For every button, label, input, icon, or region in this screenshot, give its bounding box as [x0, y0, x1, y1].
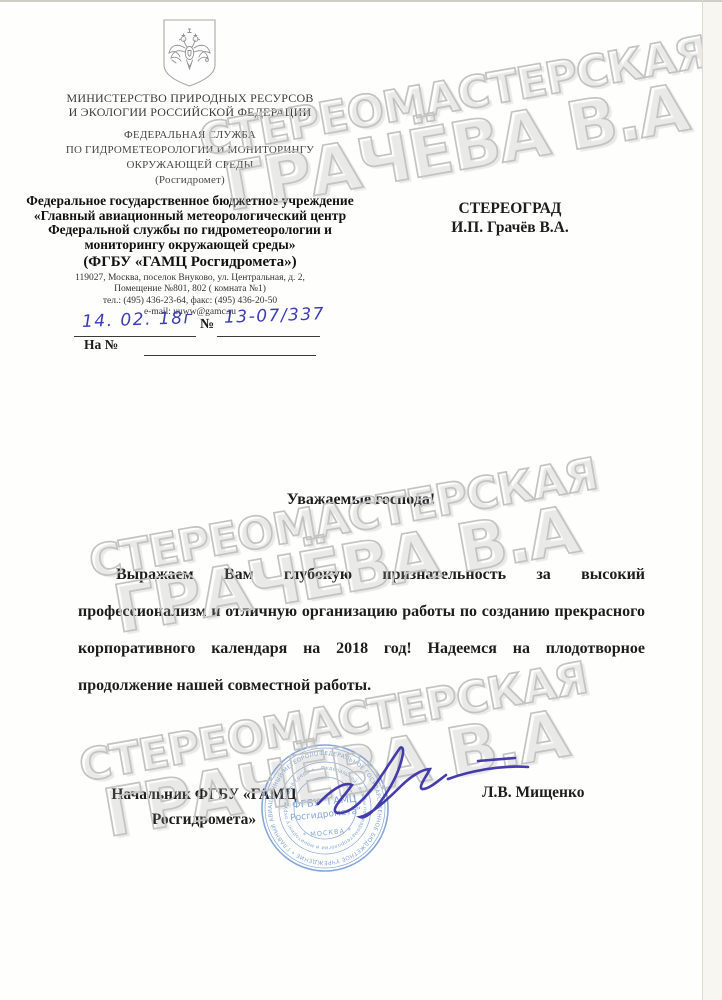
ministry-name: МИНИСТЕРСТВО ПРИРОДНЫХ РЕСУРСОВ И ЭКОЛОГ… [20, 91, 360, 119]
org-line3: Федеральной службы по гидрометеорологии … [20, 223, 360, 238]
org-line1: Федеральное государственное бюджетное уч… [20, 194, 360, 209]
service-line1: ФЕДЕРАЛЬНАЯ СЛУЖБА [20, 128, 360, 143]
letter-body-paragraph: Выражаем Вам глубокую признательность за… [78, 556, 645, 704]
coat-of-arms-icon [161, 19, 218, 92]
address-line1: 119027, Москва, поселок Внуково, ул. Цен… [20, 273, 360, 285]
number-sign: № [200, 317, 214, 333]
handwritten-outgoing-number: 13-07/337 [224, 304, 326, 328]
scan-edge-top [0, 0, 722, 2]
org-line4: мониторингу окружающей среды» [20, 238, 360, 253]
recipient-person: И.П. Грачёв В.А. [400, 218, 620, 237]
organization-name: Федеральное государственное бюджетное уч… [20, 194, 360, 270]
org-line2: «Главный авиационный метеорологический ц… [20, 209, 360, 224]
service-line4: (Росгидромет) [20, 173, 360, 188]
scan-edge-right-line [702, 0, 703, 1000]
signature-ink [300, 738, 560, 833]
handwritten-date: 14. 02. 18г [82, 308, 195, 332]
org-short-name: (ФГБУ «ГАМЦ Росгидромета») [20, 255, 360, 270]
service-line3: ОКРУЖАЮЩЕЙ СРЕДЫ [20, 158, 360, 173]
ministry-line1: МИНИСТЕРСТВО ПРИРОДНЫХ РЕСУРСОВ [20, 91, 360, 105]
federal-service-name: ФЕДЕРАЛЬНАЯ СЛУЖБА ПО ГИДРОМЕТЕОРОЛОГИИ … [20, 128, 360, 188]
scanned-letter-page: СТЕРЕОМАСТЕРСКАЯ ГРАЧЁВА В.А СТЕРЕОМАСТЕ… [0, 0, 722, 1000]
address-line2: Помещение №801, 802 ( комната №1) [20, 284, 360, 296]
service-line2: ПО ГИДРОМЕТЕОРОЛОГИИ И МОНИТОРИНГУ [20, 143, 360, 158]
recipient-company: СТЕРЕОГРАД [400, 199, 620, 218]
salutation: Уважаемые господа! [0, 491, 722, 509]
recipient-block: СТЕРЕОГРАД И.П. Грачёв В.А. [400, 199, 620, 237]
letterhead: МИНИСТЕРСТВО ПРИРОДНЫХ РЕСУРСОВ И ЭКОЛОГ… [20, 91, 360, 319]
ministry-line2: И ЭКОЛОГИИ РОССИЙСКОЙ ФЕДЕРАЦИИ [20, 105, 360, 119]
scan-edge-right-strip [703, 0, 722, 1000]
number-underline [217, 336, 320, 337]
reply-underline [144, 355, 316, 356]
reply-to-label: На № [84, 337, 118, 353]
